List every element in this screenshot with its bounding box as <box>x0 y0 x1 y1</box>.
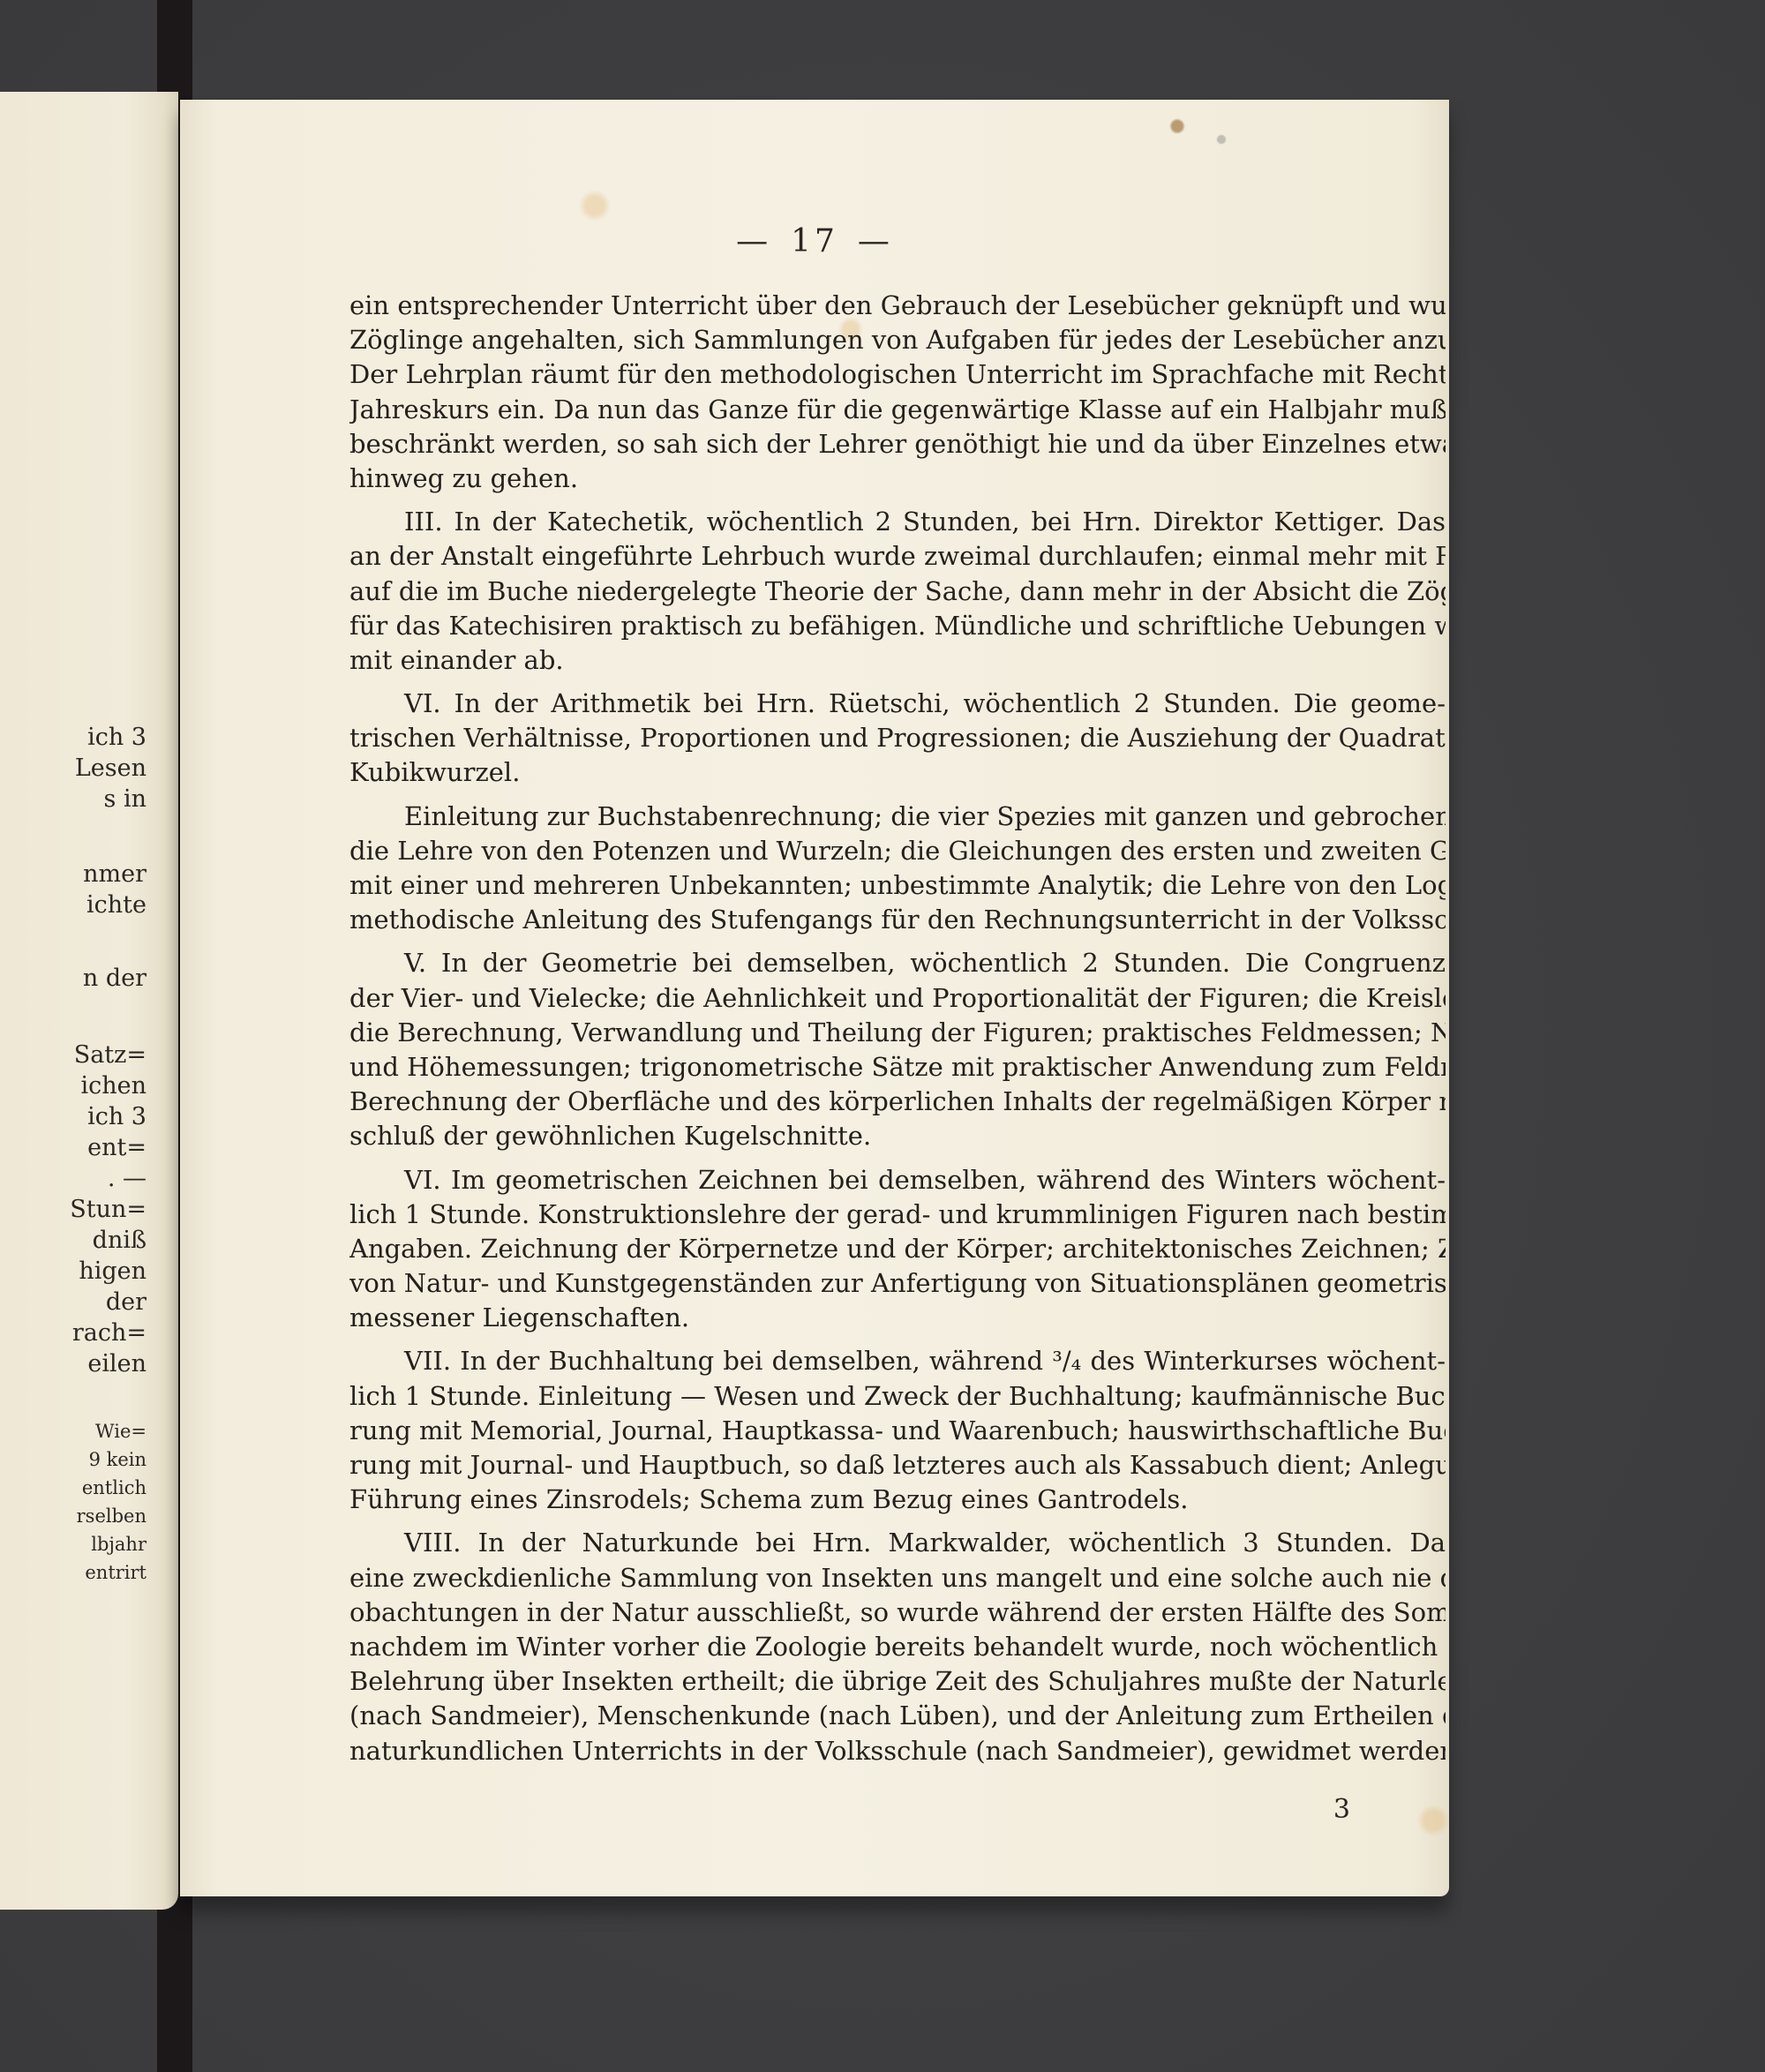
text-line: Belehrung über Insekten ertheilt; die üb… <box>349 1664 1446 1699</box>
text-line: trischen Verhältnisse, Proportionen und … <box>349 721 1446 755</box>
page-header: —17— <box>180 223 1449 259</box>
left-page-fragment: ichen <box>80 1072 146 1100</box>
text-line: Der Lehrplan räumt für den methodologisc… <box>349 357 1446 392</box>
text-line: eine zweckdienliche Sammlung von Insekte… <box>349 1561 1446 1595</box>
text-line: und Höhemessungen; trigonometrische Sätz… <box>349 1050 1446 1085</box>
text-line: Führung eines Zinsrodels; Schema zum Bez… <box>349 1483 1446 1517</box>
book-page: —17— ein entsprechender Unterricht über … <box>180 100 1449 1896</box>
text-line: Jahreskurs ein. Da nun das Ganze für die… <box>349 393 1446 427</box>
text-line: messener Liegenschaften. <box>349 1301 1446 1335</box>
paragraph-buchstabenrechnung: Einleitung zur Buchstabenrechnung; die v… <box>349 800 1446 938</box>
text-line: nachdem im Winter vorher die Zoologie be… <box>349 1630 1446 1664</box>
paragraph-buchhaltung: VII. In der Buchhaltung bei demselben, w… <box>349 1344 1446 1517</box>
left-page-fragment: . — <box>108 1165 146 1192</box>
text-line: rung mit Memorial, Journal, Hauptkassa- … <box>349 1414 1446 1448</box>
header-dash-right: — <box>858 223 893 259</box>
text-line: VI. Im geometrischen Zeichnen bei demsel… <box>349 1163 1446 1197</box>
left-page-fragment: n der <box>83 965 146 992</box>
text-line: von Natur- und Kunstgegenständen zur Anf… <box>349 1266 1446 1301</box>
text-line: an der Anstalt eingeführte Lehrbuch wurd… <box>349 539 1446 574</box>
text-line: auf die im Buche niedergelegte Theorie d… <box>349 574 1446 609</box>
paragraph-arithmetik: VI. In der Arithmetik bei Hrn. Rüetschi,… <box>349 687 1446 791</box>
paragraph-zeichnen: VI. Im geometrischen Zeichnen bei demsel… <box>349 1163 1446 1336</box>
left-page-fragment: Satz= <box>74 1041 146 1069</box>
left-page-fragment: ich 3 <box>87 724 146 751</box>
body-text: ein entsprechender Unterricht über den G… <box>349 289 1446 1777</box>
paragraph-continuation: ein entsprechender Unterricht über den G… <box>349 289 1446 496</box>
left-page-fragment: Wie= <box>95 1421 146 1442</box>
text-line: lich 1 Stunde. Einleitung — Wesen und Zw… <box>349 1379 1446 1414</box>
left-page-fragment: ich 3 <box>87 1103 146 1130</box>
left-page-fragment: higen <box>79 1257 146 1285</box>
text-line: III. In der Katechetik, wöchentlich 2 St… <box>349 505 1446 539</box>
text-line: ein entsprechender Unterricht über den G… <box>349 289 1446 323</box>
text-line: Kubikwurzel. <box>349 755 1446 790</box>
text-line: Berechnung der Oberfläche und des körper… <box>349 1085 1446 1119</box>
left-page-fragment: entrirt <box>85 1562 146 1583</box>
page-number: 17 <box>791 223 838 259</box>
text-line: methodische Anleitung des Stufengangs fü… <box>349 903 1446 937</box>
left-page-fragment: s in <box>104 785 146 813</box>
text-line: lich 1 Stunde. Konstruktionslehre der ge… <box>349 1197 1446 1232</box>
text-line: Zöglinge angehalten, sich Sammlungen von… <box>349 323 1446 357</box>
text-line: schluß der gewöhnlichen Kugelschnitte. <box>349 1119 1446 1153</box>
text-line: beschränkt werden, so sah sich der Lehre… <box>349 427 1446 462</box>
paragraph-geometrie: V. In der Geometrie bei demselben, wöche… <box>349 946 1446 1153</box>
paragraph-katechetik: III. In der Katechetik, wöchentlich 2 St… <box>349 505 1446 678</box>
left-page-fragment: 9 kein <box>89 1449 146 1470</box>
text-line: (nach Sandmeier), Menschenkunde (nach Lü… <box>349 1699 1446 1733</box>
text-line: VI. In der Arithmetik bei Hrn. Rüetschi,… <box>349 687 1446 721</box>
left-page-fragment: ent= <box>87 1134 146 1161</box>
text-line: Einleitung zur Buchstabenrechnung; die v… <box>349 800 1446 834</box>
left-page-fragment: lbjahr <box>91 1534 146 1555</box>
header-dash-left: — <box>736 223 771 259</box>
left-page-fragment: Stun= <box>70 1196 146 1223</box>
text-line: obachtungen in der Natur ausschließt, so… <box>349 1595 1446 1630</box>
text-line: mit einer und mehreren Unbekannten; unbe… <box>349 868 1446 903</box>
left-page-fragment: eilen <box>87 1350 146 1378</box>
text-line: für das Katechisiren praktisch zu befähi… <box>349 609 1446 643</box>
left-page-fragment: entlich <box>82 1477 146 1498</box>
left-page-fragment: rach= <box>72 1319 146 1347</box>
text-line: VIII. In der Naturkunde bei Hrn. Markwal… <box>349 1526 1446 1560</box>
paragraph-naturkunde: VIII. In der Naturkunde bei Hrn. Markwal… <box>349 1526 1446 1768</box>
left-page-fragment: ichte <box>86 891 146 919</box>
text-line: mit einander ab. <box>349 643 1446 678</box>
text-line: Angaben. Zeichnung der Körpernetze und d… <box>349 1232 1446 1266</box>
text-line: hinweg zu gehen. <box>349 462 1446 496</box>
left-page-edge: ich 3Lesens innmerichten derSatz=ichenic… <box>0 92 178 1910</box>
text-line: der Vier- und Vielecke; die Aehnlichkeit… <box>349 981 1446 1016</box>
text-line: naturkundlichen Unterrichts in der Volks… <box>349 1734 1446 1768</box>
signature-mark: 3 <box>1333 1794 1350 1825</box>
left-page-fragment: der <box>106 1288 146 1316</box>
text-line: die Berechnung, Verwandlung und Theilung… <box>349 1016 1446 1050</box>
left-page-fragment: rselben <box>77 1505 146 1527</box>
left-page-fragment: Lesen <box>75 754 146 782</box>
left-page-fragment: nmer <box>83 860 146 888</box>
text-line: rung mit Journal- und Hauptbuch, so daß … <box>349 1448 1446 1483</box>
text-line: die Lehre von den Potenzen und Wurzeln; … <box>349 834 1446 868</box>
text-line: VII. In der Buchhaltung bei demselben, w… <box>349 1344 1446 1378</box>
text-line: V. In der Geometrie bei demselben, wöche… <box>349 946 1446 980</box>
left-page-fragment: dniß <box>93 1227 146 1254</box>
